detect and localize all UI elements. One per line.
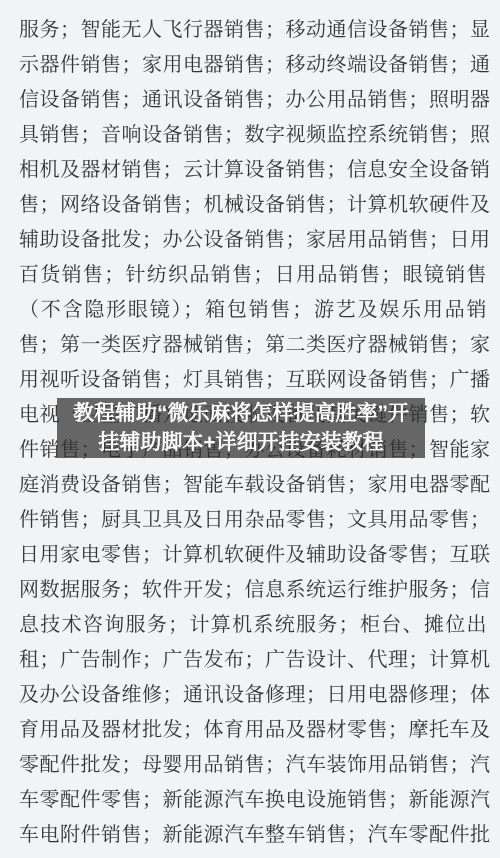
text-line: （不含隐形眼镜）；箱包销售；游艺及娱乐用品销 [19, 293, 487, 328]
text-line: 百货销售；针纺织品销售；日用品销售；眼镜销售 [19, 258, 487, 293]
text-line: 信设备销售；通讯设备销售；办公用品销售；照明器 [19, 83, 487, 118]
text-line: 及办公设备维修；通讯设备修理；日用电器修理；体 [19, 678, 487, 713]
text-line: 具销售；音响设备销售；数字视频监控系统销售；照 [19, 118, 487, 153]
text-line: 零配件批发；母婴用品销售；汽车装饰用品销售；汽 [19, 748, 487, 783]
text-line: 日用家电零售；计算机软硬件及辅助设备零售；互联 [19, 538, 487, 573]
text-line: 售；第一类医疗器械销售；第二类医疗器械销售；家 [19, 328, 487, 363]
text-line: 相机及器材销售；云计算设备销售；信息安全设备销 [19, 153, 487, 188]
text-line: 服务；智能无人飞行器销售；移动通信设备销售；显 [19, 13, 487, 48]
text-line: 庭消费设备销售；智能车载设备销售；家用电器零配 [19, 468, 487, 503]
ad-overlay-text-line2: 挂辅助脚本+详细开挂安装教程 [57, 428, 425, 457]
cheat-ad-overlay[interactable]: 教程辅助“微乐麻将怎样提高胜率”开 挂辅助脚本+详细开挂安装教程 [57, 398, 425, 458]
text-line: 用视听设备销售；灯具销售；互联网设备销售；广播 [19, 363, 487, 398]
text-line: 辅助设备批发；办公设备销售；家居用品销售；日用 [19, 223, 487, 258]
text-line: 育用品及器材批发；体育用品及器材零售；摩托车及 [19, 713, 487, 748]
text-line: 售；网络设备销售；机械设备销售；计算机软硬件及 [19, 188, 487, 223]
page: 服务；智能无人飞行器销售；移动通信设备销售；显 示器件销售；家用电器销售；移动终… [0, 0, 500, 858]
text-line: 租；广告制作；广告发布；广告设计、代理；计算机 [19, 643, 487, 678]
text-line: 车零配件零售；新能源汽车换电设施销售；新能源汽 [19, 783, 487, 818]
text-line: 网数据服务；软件开发；信息系统运行维护服务；信 [19, 573, 487, 608]
text-line: 示器件销售；家用电器销售；移动终端设备销售；通 [19, 48, 487, 83]
text-line: 件销售；厨具卫具及日用杂品零售；文具用品零售； [19, 503, 487, 538]
text-line: 车电附件销售；新能源汽车整车销售；汽车零配件批 [19, 818, 487, 853]
text-line: 息技术咨询服务；计算机系统服务；柜台、摊位出 [19, 608, 487, 643]
ad-overlay-text-line1: 教程辅助“微乐麻将怎样提高胜率”开 [57, 399, 425, 428]
